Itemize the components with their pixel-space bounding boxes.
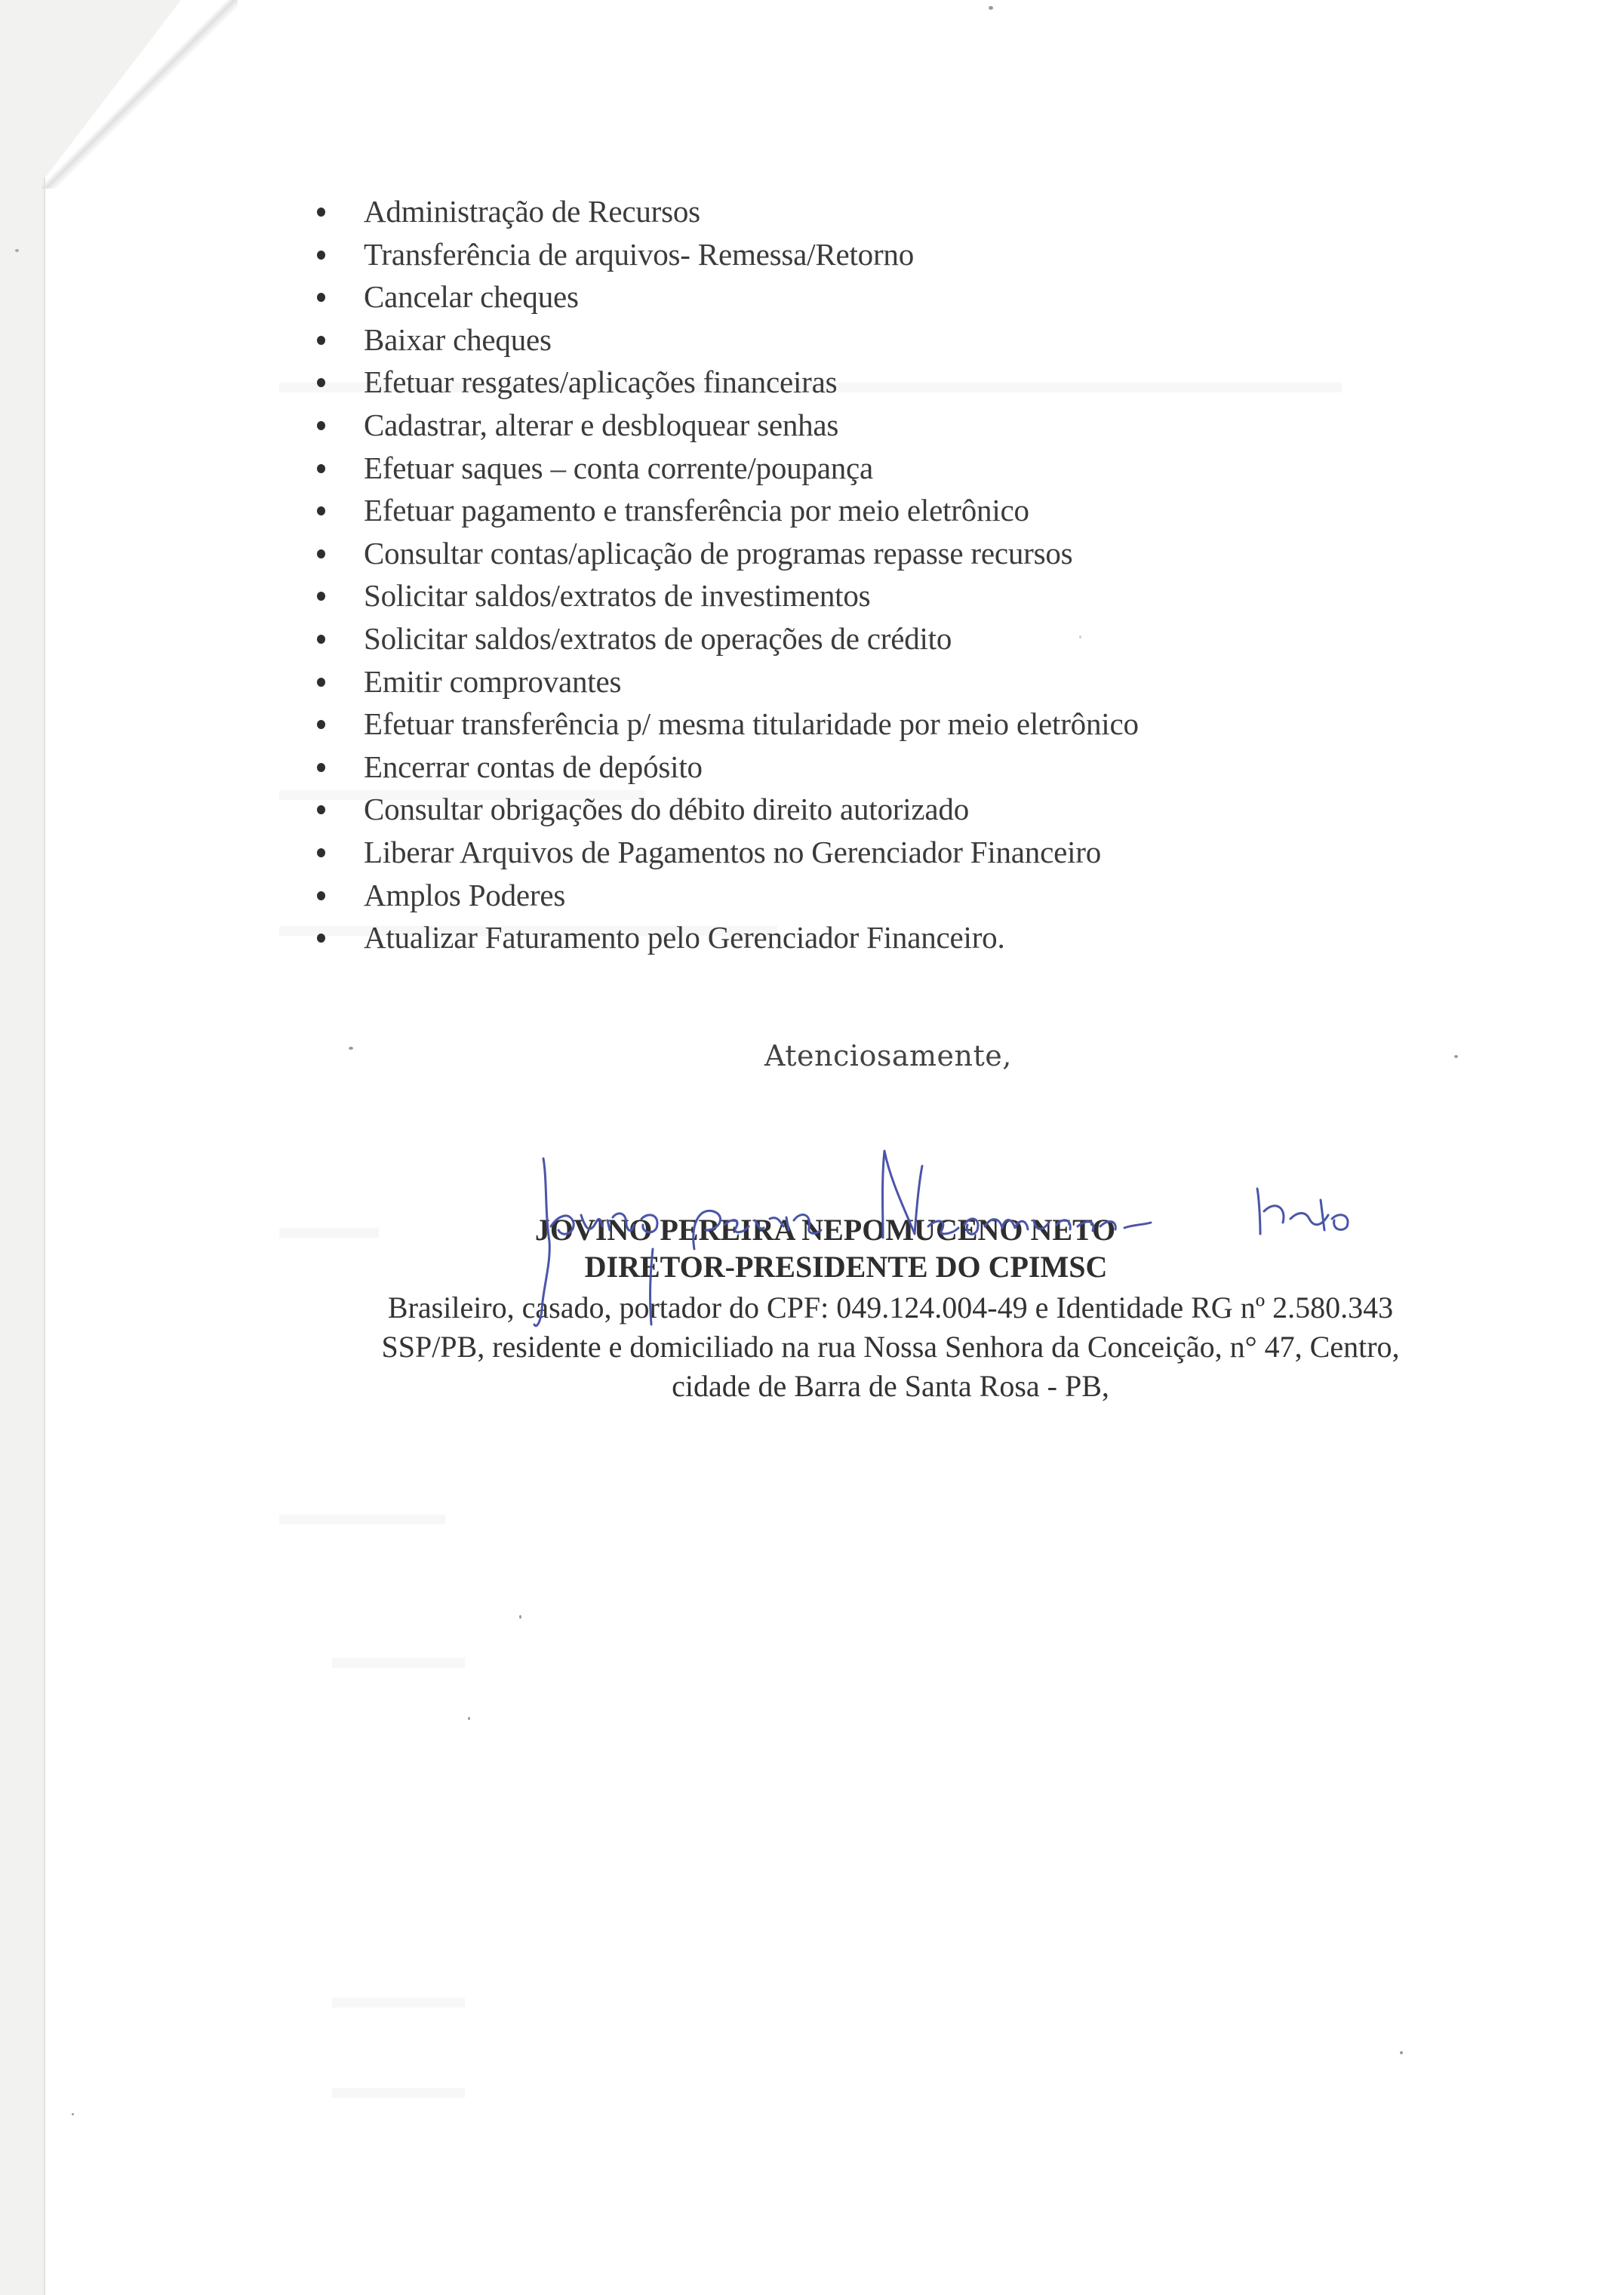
list-item: Efetuar saques – conta corrente/poupança bbox=[317, 447, 1139, 490]
scan-speck bbox=[349, 1047, 353, 1050]
permission-text: Consultar contas/aplicação de programas … bbox=[364, 536, 1072, 571]
bullet-icon bbox=[317, 720, 325, 729]
permission-text: Baixar cheques bbox=[364, 322, 552, 357]
permission-text: Cadastrar, alterar e desbloquear senhas bbox=[364, 408, 838, 442]
list-item: Emitir comprovantes bbox=[317, 660, 1139, 703]
bleed-through-text: ▬▬▬▬ bbox=[332, 1638, 465, 1676]
document-content: ▬▬▬▬▬▬▬▬▬▬▬▬▬▬▬▬▬▬▬▬▬▬▬▬▬▬▬▬▬▬▬▬ ▬▬▬▬▬▬▬… bbox=[0, 0, 1624, 2295]
bullet-icon bbox=[317, 848, 325, 857]
closing-salutation: Atenciosamente, bbox=[764, 1039, 1012, 1072]
bullet-icon bbox=[317, 678, 325, 687]
list-item: Solicitar saldos/extratos de operações d… bbox=[317, 617, 1139, 660]
bullet-icon bbox=[317, 293, 325, 302]
signer-title: DIRETOR-PRESIDENTE DO CPIMSC bbox=[0, 1249, 1624, 1284]
list-item: Consultar obrigações do débito direito a… bbox=[317, 788, 1139, 831]
bullet-icon bbox=[317, 763, 325, 772]
bleed-through-text: ▬▬▬▬ bbox=[332, 2068, 465, 2106]
list-item: Efetuar resgates/aplicações financeiras bbox=[317, 361, 1139, 404]
scan-speck bbox=[989, 6, 993, 10]
bullet-icon bbox=[317, 592, 325, 601]
permission-text: Atualizar Faturamento pelo Gerenciador F… bbox=[364, 920, 1005, 955]
bleed-through-text: ▬▬▬▬▬ bbox=[279, 1494, 445, 1533]
permission-text: Amplos Poderes bbox=[364, 878, 565, 912]
list-item: Consultar contas/aplicação de programas … bbox=[317, 532, 1139, 575]
bullet-icon bbox=[317, 635, 325, 644]
bullet-icon bbox=[317, 549, 325, 558]
permission-text: Encerrar contas de depósito bbox=[364, 749, 703, 784]
permission-text: Emitir comprovantes bbox=[364, 664, 621, 699]
bleed-through-text: ▬▬▬▬ bbox=[332, 1977, 465, 2016]
bullet-icon bbox=[317, 378, 325, 387]
list-item: Atualizar Faturamento pelo Gerenciador F… bbox=[317, 916, 1139, 959]
list-item: Efetuar transferência p/ mesma titularid… bbox=[317, 703, 1139, 746]
list-item: Cadastrar, alterar e desbloquear senhas bbox=[317, 404, 1139, 447]
permission-text: Efetuar resgates/aplicações financeiras bbox=[364, 365, 837, 399]
list-item: Transferência de arquivos- Remessa/Retor… bbox=[317, 233, 1139, 276]
list-item: Baixar cheques bbox=[317, 318, 1139, 361]
permissions-list: Administração de Recursos Transferência … bbox=[317, 190, 1139, 959]
list-item: Administração de Recursos bbox=[317, 190, 1139, 233]
signer-details-line: cidade de Barra de Santa Rosa - PB, bbox=[272, 1367, 1509, 1406]
list-item: Efetuar pagamento e transferência por me… bbox=[317, 489, 1139, 532]
bullet-icon bbox=[317, 251, 325, 260]
list-item: Liberar Arquivos de Pagamentos no Gerenc… bbox=[317, 831, 1139, 874]
scan-speck bbox=[1454, 1055, 1458, 1058]
signer-details-line: Brasileiro, casado, portador do CPF: 049… bbox=[272, 1288, 1509, 1327]
scan-speck bbox=[15, 249, 19, 252]
list-item: Cancelar cheques bbox=[317, 275, 1139, 318]
permission-text: Transferência de arquivos- Remessa/Retor… bbox=[364, 237, 914, 272]
scan-speck bbox=[72, 2113, 74, 2115]
bullet-icon bbox=[317, 506, 325, 515]
bullet-icon bbox=[317, 805, 325, 814]
list-item: Encerrar contas de depósito bbox=[317, 746, 1139, 789]
signer-details-line: SSP/PB, residente e domiciliado na rua N… bbox=[272, 1327, 1509, 1367]
permission-text: Liberar Arquivos de Pagamentos no Gerenc… bbox=[364, 835, 1101, 869]
signer-name: JOVINO PEREIRA NEPOMUCENO NETO bbox=[0, 1212, 1624, 1247]
scan-speck bbox=[468, 1717, 470, 1720]
bullet-icon bbox=[317, 336, 325, 345]
permission-text: Solicitar saldos/extratos de operações d… bbox=[364, 621, 952, 656]
bullet-icon bbox=[317, 208, 325, 217]
bullet-icon bbox=[317, 934, 325, 943]
signer-details: Brasileiro, casado, portador do CPF: 049… bbox=[272, 1288, 1509, 1406]
permission-text: Consultar obrigações do débito direito a… bbox=[364, 792, 969, 826]
permission-text: Administração de Recursos bbox=[364, 194, 700, 229]
permission-text: Efetuar transferência p/ mesma titularid… bbox=[364, 706, 1139, 741]
permission-text: Cancelar cheques bbox=[364, 279, 579, 314]
bullet-icon bbox=[317, 464, 325, 473]
permission-text: Efetuar saques – conta corrente/poupança bbox=[364, 451, 873, 485]
permission-text: Efetuar pagamento e transferência por me… bbox=[364, 493, 1029, 528]
list-item: Solicitar saldos/extratos de investiment… bbox=[317, 574, 1139, 617]
list-item: Amplos Poderes bbox=[317, 874, 1139, 917]
permission-text: Solicitar saldos/extratos de investiment… bbox=[364, 578, 870, 613]
scan-speck bbox=[519, 1615, 521, 1619]
scan-speck bbox=[1400, 2051, 1403, 2054]
bullet-icon bbox=[317, 891, 325, 900]
scan-speck bbox=[1079, 635, 1081, 638]
bullet-icon bbox=[317, 421, 325, 430]
